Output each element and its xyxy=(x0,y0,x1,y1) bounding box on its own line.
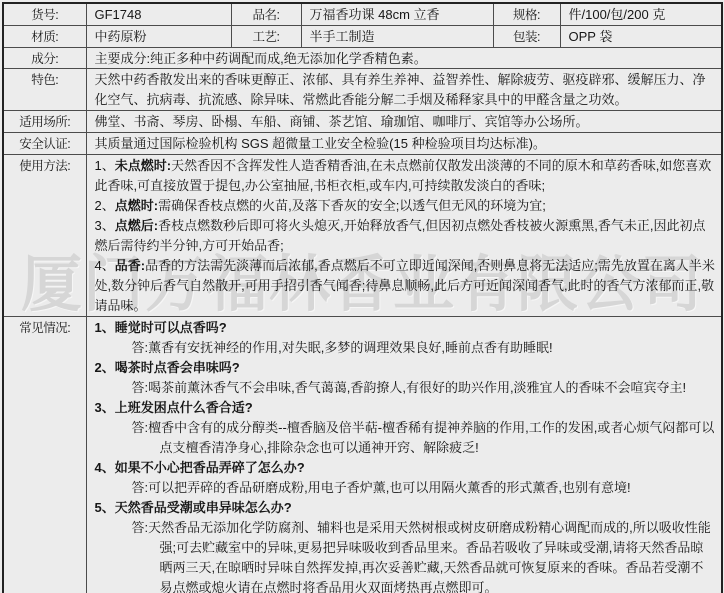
faq-answer-3: 答:檀香中含有的成分醇类--檀香脑及倍半萜-檀香稀有提神养脑的作用,工作的发困,… xyxy=(95,418,717,458)
value-venues: 佛堂、书斋、琴房、卧榻、车船、商铺、茶艺馆、瑜珈馆、咖啡厅、宾馆等办公场所。 xyxy=(86,110,722,132)
value-faq: 1、睡觉时可以点香吗? 答:薰香有安抚神经的作用,对失眠,多梦的调理效果良好,睡… xyxy=(86,316,722,593)
label-usage: 使用方法: xyxy=(3,154,86,316)
faq-question-2: 2、喝茶时点香会串味吗? xyxy=(95,358,717,378)
row-usage: 使用方法: 1、未点燃时:天然香因不含挥发性人造香精香油,在未点燃前仅散发出淡薄… xyxy=(3,154,722,316)
label-item-no: 货号: xyxy=(3,3,86,25)
value-product-name: 万福香功课 48cm 立香 xyxy=(301,3,493,25)
label-craft: 工艺: xyxy=(231,25,301,47)
label-features: 特色: xyxy=(3,69,86,111)
row-ingredients: 成分: 主要成分:纯正多种中药调配而成,绝无添加化学香精色素。 xyxy=(3,47,722,69)
label-material: 材质: xyxy=(3,25,86,47)
value-material: 中药原粉 xyxy=(86,25,231,47)
usage-item-4: 4、品香:品香的方法需先淡薄而后浓郁,香点燃后不可立即近闻深闻,否则鼻息将无法适… xyxy=(95,256,717,316)
spec-table: 货号: GF1748 品名: 万福香功课 48cm 立香 规格: 件/100/包… xyxy=(2,2,723,593)
label-ingredients: 成分: xyxy=(3,47,86,69)
row-features: 特色: 天然中药香散发出来的香味更醇正、浓郁、具有养生养神、益智养性、解除疲劳、… xyxy=(3,69,722,111)
value-usage: 1、未点燃时:天然香因不含挥发性人造香精香油,在未点燃前仅散发出淡薄的不同的原木… xyxy=(86,154,722,316)
value-ingredients: 主要成分:纯正多种中药调配而成,绝无添加化学香精色素。 xyxy=(86,47,722,69)
faq-answer-2: 答:喝茶前薰沐香气不会串味,香气蔼蔼,香韵撩人,有很好的助兴作用,淡雅宜人的香味… xyxy=(95,378,717,398)
label-faq: 常见情况: xyxy=(3,316,86,593)
faq-question-1: 1、睡觉时可以点香吗? xyxy=(95,318,717,338)
faq-answer-5: 答:天然香品无添加化学防腐剂、辅料也是采用天然树根或树皮研磨成粉精心调配而成的,… xyxy=(95,518,717,593)
product-spec-sheet: 厦门万福林香业有限公司 货号: GF1748 品名: 万福香功课 48cm 立香… xyxy=(0,0,724,593)
faq-question-5: 5、天然香品受潮或串异味怎么办? xyxy=(95,498,717,518)
faq-answer-4: 答:可以把弄碎的香品研磨成粉,用电子香炉薰,也可以用隔火薰香的形式薰香,也别有意… xyxy=(95,478,717,498)
label-product-name: 品名: xyxy=(231,3,301,25)
value-packing: OPP 袋 xyxy=(560,25,722,47)
faq-answer-1: 答:薰香有安抚神经的作用,对失眠,多梦的调理效果良好,睡前点香有助睡眠! xyxy=(95,338,717,358)
label-venues: 适用场所: xyxy=(3,110,86,132)
value-features: 天然中药香散发出来的香味更醇正、浓郁、具有养生养神、益智养性、解除疲劳、驱疫辟邪… xyxy=(86,69,722,111)
row-material: 材质: 中药原粉 工艺: 半手工制造 包装: OPP 袋 xyxy=(3,25,722,47)
row-item-no: 货号: GF1748 品名: 万福香功课 48cm 立香 规格: 件/100/包… xyxy=(3,3,722,25)
faq-question-3: 3、上班发困点什么香合适? xyxy=(95,398,717,418)
label-spec: 规格: xyxy=(493,3,560,25)
value-craft: 半手工制造 xyxy=(301,25,493,47)
row-faq: 常见情况: 1、睡觉时可以点香吗? 答:薰香有安抚神经的作用,对失眠,多梦的调理… xyxy=(3,316,722,593)
value-certification: 其质量通过国际检验机构 SGS 超微量工业安全检验(15 种检验项目均达标准)。 xyxy=(86,132,722,154)
usage-item-1: 1、未点燃时:天然香因不含挥发性人造香精香油,在未点燃前仅散发出淡薄的不同的原木… xyxy=(95,156,717,196)
usage-item-2: 2、点燃时:需确保香枝点燃的火苗,及落下香灰的安全;以透气但无风的环境为宜; xyxy=(95,196,717,216)
row-certification: 安全认证: 其质量通过国际检验机构 SGS 超微量工业安全检验(15 种检验项目… xyxy=(3,132,722,154)
row-venues: 适用场所: 佛堂、书斋、琴房、卧榻、车船、商铺、茶艺馆、瑜珈馆、咖啡厅、宾馆等办… xyxy=(3,110,722,132)
value-spec: 件/100/包/200 克 xyxy=(560,3,722,25)
faq-question-4: 4、如果不小心把香品弄碎了怎么办? xyxy=(95,458,717,478)
label-certification: 安全认证: xyxy=(3,132,86,154)
usage-item-3: 3、点燃后:香枝点燃数秒后即可将火头熄灭,开始释放香气,但因初点燃处香枝被火源熏… xyxy=(95,216,717,256)
label-packing: 包装: xyxy=(493,25,560,47)
value-item-no: GF1748 xyxy=(86,3,231,25)
